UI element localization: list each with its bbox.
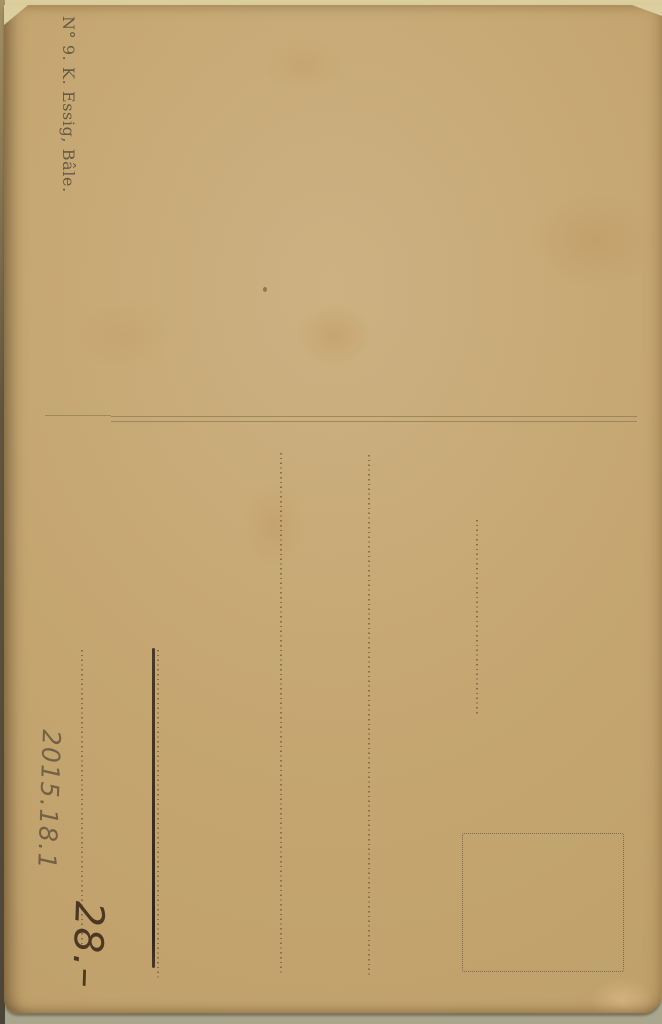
address-dotted-line-inked — [157, 650, 159, 978]
divider-rule-short — [45, 415, 111, 416]
handwritten-price: 28.– — [60, 900, 112, 1022]
handwritten-ink-line — [152, 648, 155, 968]
address-dotted-line-1 — [280, 453, 282, 975]
publisher-imprint: N° 9. K. Essig, Bâle. — [56, 16, 78, 198]
corner-notch-top-right — [632, 5, 662, 16]
scanned-postcard-back: N° 9. K. Essig, Bâle. 2015.18.1 28.– — [0, 0, 662, 1024]
address-dotted-line-3 — [476, 520, 478, 716]
divider-rule-double — [111, 416, 637, 422]
handwritten-accession-number: 2015.18.1 — [30, 729, 66, 900]
stain-speck — [263, 287, 267, 292]
address-dotted-line-2 — [368, 455, 370, 977]
corner-notch-top-left — [4, 5, 28, 25]
stamp-box — [462, 833, 624, 972]
postcard-card: N° 9. K. Essig, Bâle. 2015.18.1 28.– — [4, 5, 662, 1013]
